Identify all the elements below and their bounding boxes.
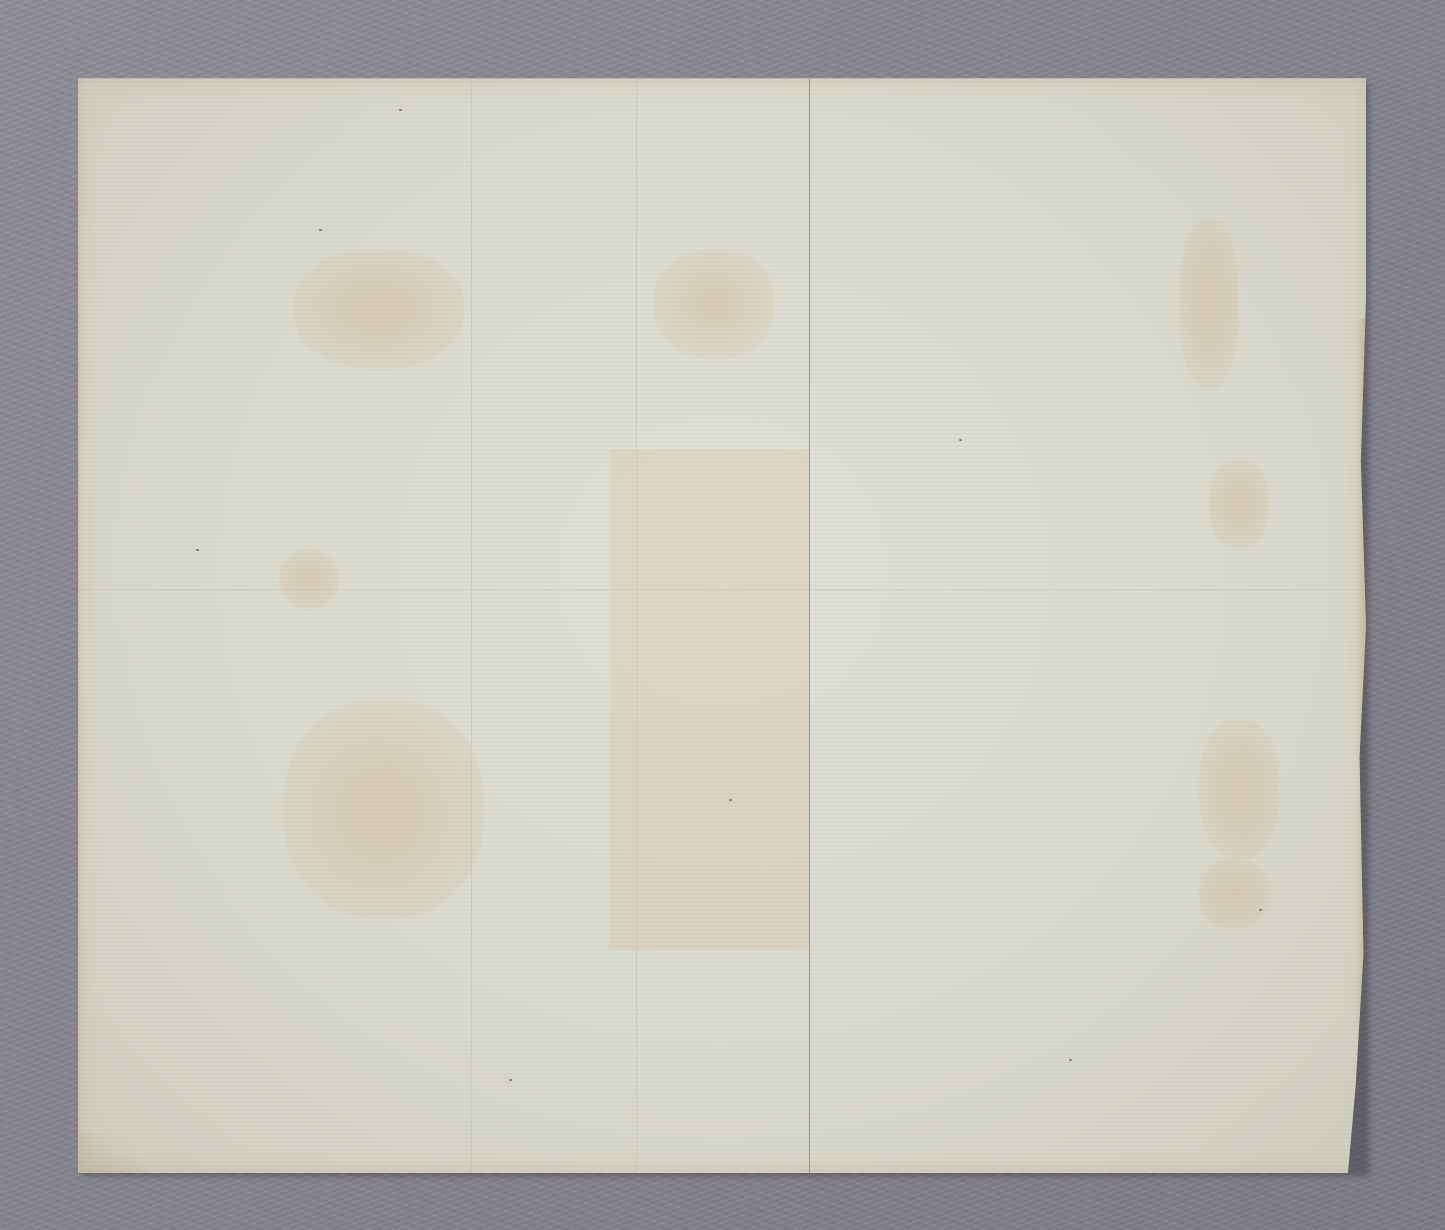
corner-crease xyxy=(79,1133,149,1173)
stain-right-top xyxy=(1179,219,1239,389)
fold-line-main xyxy=(809,79,810,1173)
paper-fleck xyxy=(1259,909,1262,911)
stain-left-mid xyxy=(279,549,339,609)
paper-fleck xyxy=(1069,1059,1072,1061)
fold-line-center-left xyxy=(636,79,637,1173)
fold-line-horizontal xyxy=(79,589,1366,590)
stain-upper-center xyxy=(654,249,774,359)
paper-fleck xyxy=(319,229,322,231)
paper-fleck xyxy=(399,109,402,111)
paper-fleck xyxy=(196,549,199,551)
fold-line-left xyxy=(471,79,472,1173)
paper-fleck xyxy=(509,1079,512,1081)
stain-lower-left xyxy=(284,699,484,919)
paper-sheet xyxy=(78,78,1366,1173)
offset-rectangle-center xyxy=(609,449,809,949)
stain-upper-left xyxy=(294,249,464,369)
stain-right-lower xyxy=(1199,719,1279,859)
stain-right-mid xyxy=(1209,459,1269,549)
paper-fleck xyxy=(959,439,962,441)
paper-fleck xyxy=(729,799,732,801)
stain-right-bottom xyxy=(1199,859,1269,929)
